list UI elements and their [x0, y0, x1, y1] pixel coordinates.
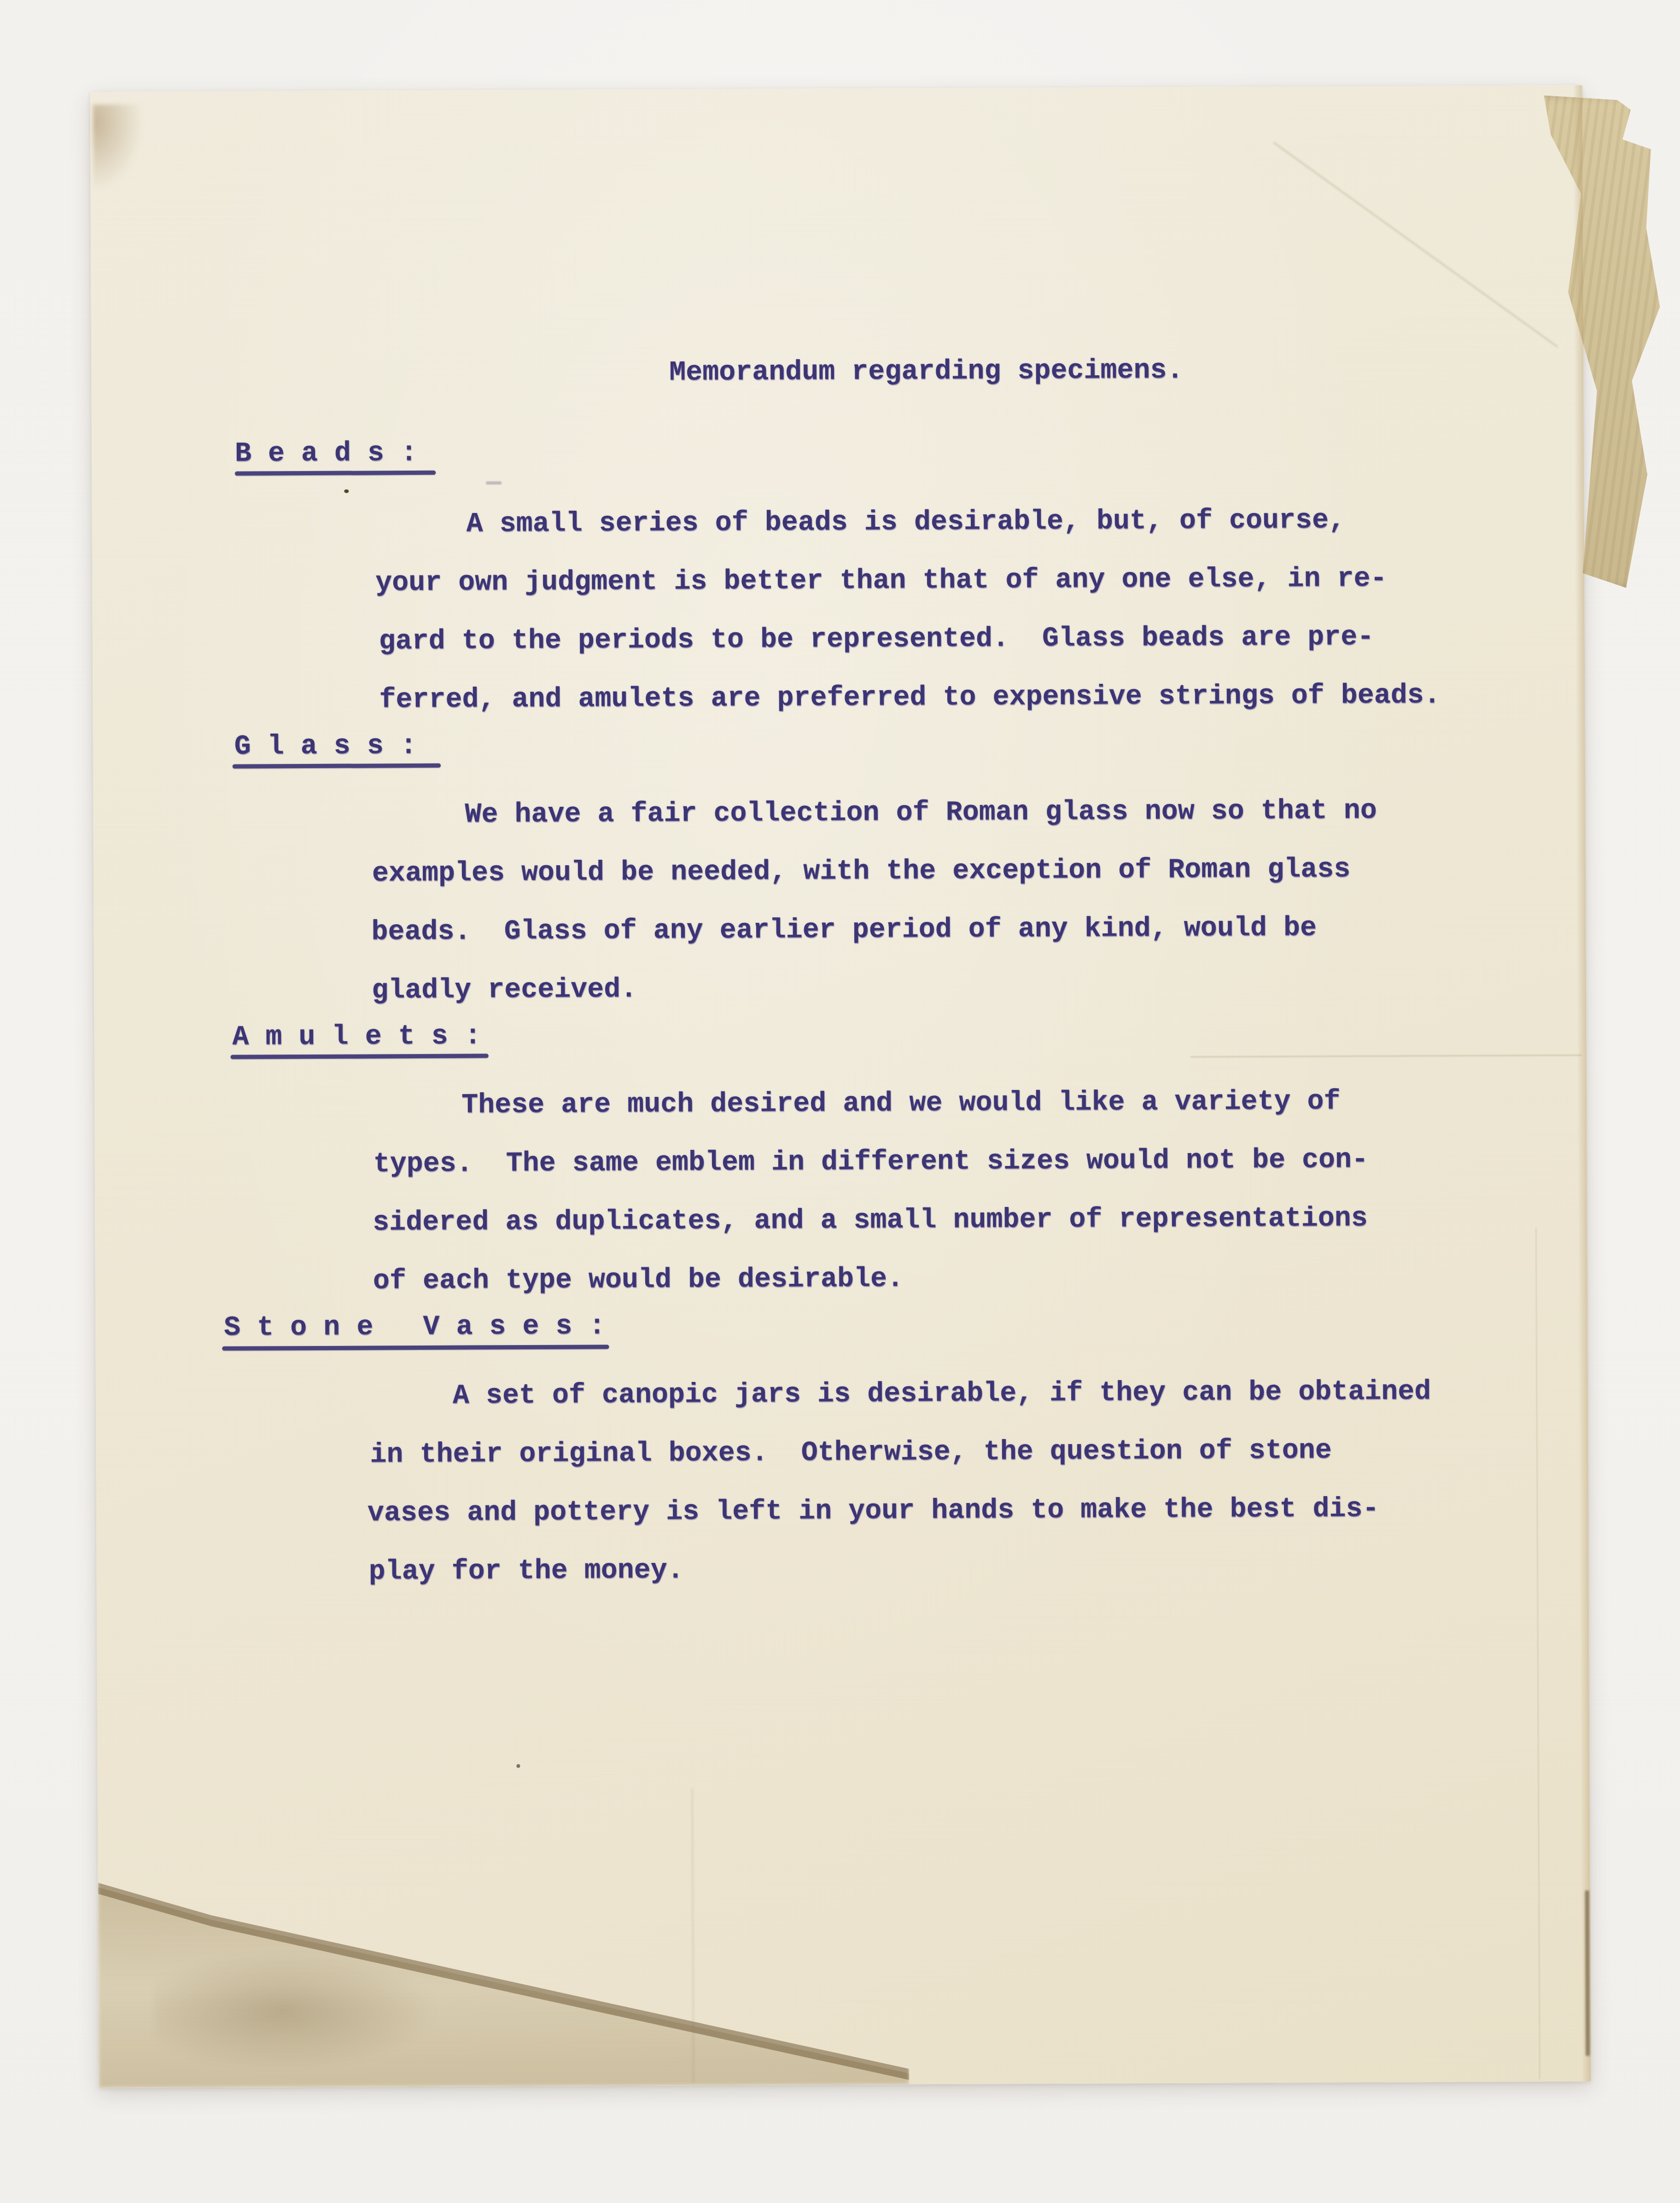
body-line: ferred, and amulets are preferred to exp…	[379, 682, 1441, 714]
section-heading-amulets: A m u l e t s :	[232, 1022, 481, 1051]
body-line: types. The same emblem in different size…	[373, 1146, 1369, 1178]
corner-stain	[93, 105, 144, 192]
bottom-left-stain-blob	[153, 1951, 439, 2072]
body-line: sidered as duplicates, and a small numbe…	[373, 1205, 1368, 1236]
heading-underline	[231, 1054, 489, 1059]
fold-crease-right	[1535, 1227, 1540, 2079]
torn-corner-flap	[1531, 95, 1680, 589]
body-line: in their original boxes. Otherwise, the …	[370, 1437, 1332, 1469]
body-line: gard to the periods to be represented. G…	[379, 624, 1374, 655]
body-line: We have a fair collection of Roman glass…	[465, 797, 1377, 829]
body-line: A set of canopic jars is desirable, if t…	[453, 1378, 1431, 1410]
body-line: gladly received.	[372, 976, 637, 1005]
section-heading-stone-vases: S t o n e V a s e s :	[224, 1312, 605, 1342]
memo-page: Memorandum regarding specimens. B e a d …	[90, 85, 1591, 2088]
body-line: of each type would be desirable.	[373, 1265, 904, 1295]
right-edge-discoloration	[1573, 85, 1591, 2081]
section-heading-glass: G l a s s :	[234, 732, 417, 761]
ink-speck	[516, 1764, 520, 1768]
scanned-memo-screenshot: { "doc": { "title": "Memorandum regardin…	[0, 0, 1680, 2203]
body-line: beads. Glass of any earlier period of an…	[371, 914, 1317, 946]
body-line: play for the money.	[368, 1556, 683, 1585]
diagonal-crease	[1273, 142, 1558, 347]
fold-crease-horizontal	[1190, 1055, 1582, 1058]
body-line: your own judgment is better than that of…	[375, 565, 1387, 597]
memo-title: Memorandum regarding specimens.	[669, 357, 1183, 387]
right-edge-dark-streak	[1585, 1890, 1590, 2056]
body-line: examples would be needed, with the excep…	[372, 856, 1351, 887]
ink-speck	[344, 490, 349, 493]
section-heading-beads: B e a d s :	[235, 439, 417, 468]
heading-underline	[233, 763, 441, 769]
ink-smudge	[486, 481, 502, 484]
body-line: vases and pottery is left in your hands …	[367, 1495, 1379, 1527]
heading-underline	[235, 471, 436, 476]
body-line: A small series of beads is desirable, bu…	[467, 507, 1346, 538]
body-line: These are much desired and we would like…	[461, 1088, 1341, 1119]
heading-underline	[222, 1345, 609, 1351]
